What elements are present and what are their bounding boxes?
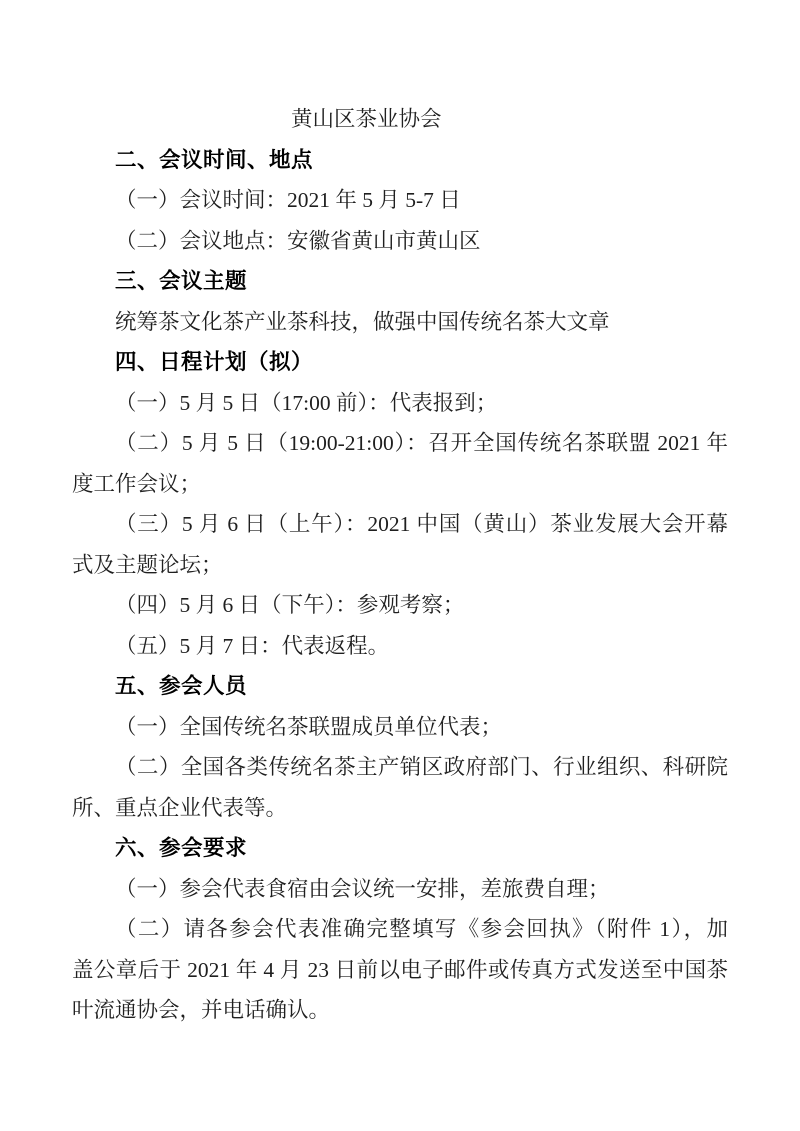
section-heading: 四、日程计划（拟） bbox=[72, 342, 728, 383]
text-line: 盖公章后于 2021 年 4 月 23 日前以电子邮件或传真方式发送至中国茶 bbox=[72, 950, 728, 991]
organizer-line: 黄山区茶业协会 bbox=[72, 99, 728, 140]
section-heading: 六、参会要求 bbox=[72, 828, 728, 869]
text-line: 所、重点企业代表等。 bbox=[72, 788, 728, 829]
text-line: （一）全国传统名茶联盟成员单位代表； bbox=[72, 707, 728, 748]
text-line: （一）5 月 5 日（17:00 前）：代表报到； bbox=[72, 383, 728, 424]
document-page: 黄山区茶业协会二、会议时间、地点（一）会议时间：2021 年 5 月 5-7 日… bbox=[0, 0, 800, 1131]
text-line: （三）5 月 6 日（上午）：2021 中国（黄山）茶业发展大会开幕 bbox=[72, 504, 728, 545]
text-line: （一）参会代表食宿由会议统一安排，差旅费自理； bbox=[72, 869, 728, 910]
section-heading: 五、参会人员 bbox=[72, 666, 728, 707]
text-line: （二）请各参会代表准确完整填写《参会回执》（附件 1），加 bbox=[72, 909, 728, 950]
text-line: （一）会议时间：2021 年 5 月 5-7 日 bbox=[72, 180, 728, 221]
section-heading: 三、会议主题 bbox=[72, 261, 728, 302]
text-line: （二）会议地点：安徽省黄山市黄山区 bbox=[72, 221, 728, 262]
text-line: （五）5 月 7 日：代表返程。 bbox=[72, 626, 728, 667]
text-line: 叶流通协会，并电话确认。 bbox=[72, 990, 728, 1031]
text-line: 式及主题论坛； bbox=[72, 545, 728, 586]
text-line: （二）全国各类传统名茶主产销区政府部门、行业组织、科研院 bbox=[72, 747, 728, 788]
text-line: （四）5 月 6 日（下午）：参观考察； bbox=[72, 585, 728, 626]
section-heading: 二、会议时间、地点 bbox=[72, 140, 728, 181]
text-line: 度工作会议； bbox=[72, 464, 728, 505]
text-line: 统筹茶文化茶产业茶科技，做强中国传统名茶大文章 bbox=[72, 302, 728, 343]
text-line: （二）5 月 5 日（19:00-21:00）：召开全国传统名茶联盟 2021 … bbox=[72, 423, 728, 464]
document-body: 黄山区茶业协会二、会议时间、地点（一）会议时间：2021 年 5 月 5-7 日… bbox=[72, 99, 728, 1031]
